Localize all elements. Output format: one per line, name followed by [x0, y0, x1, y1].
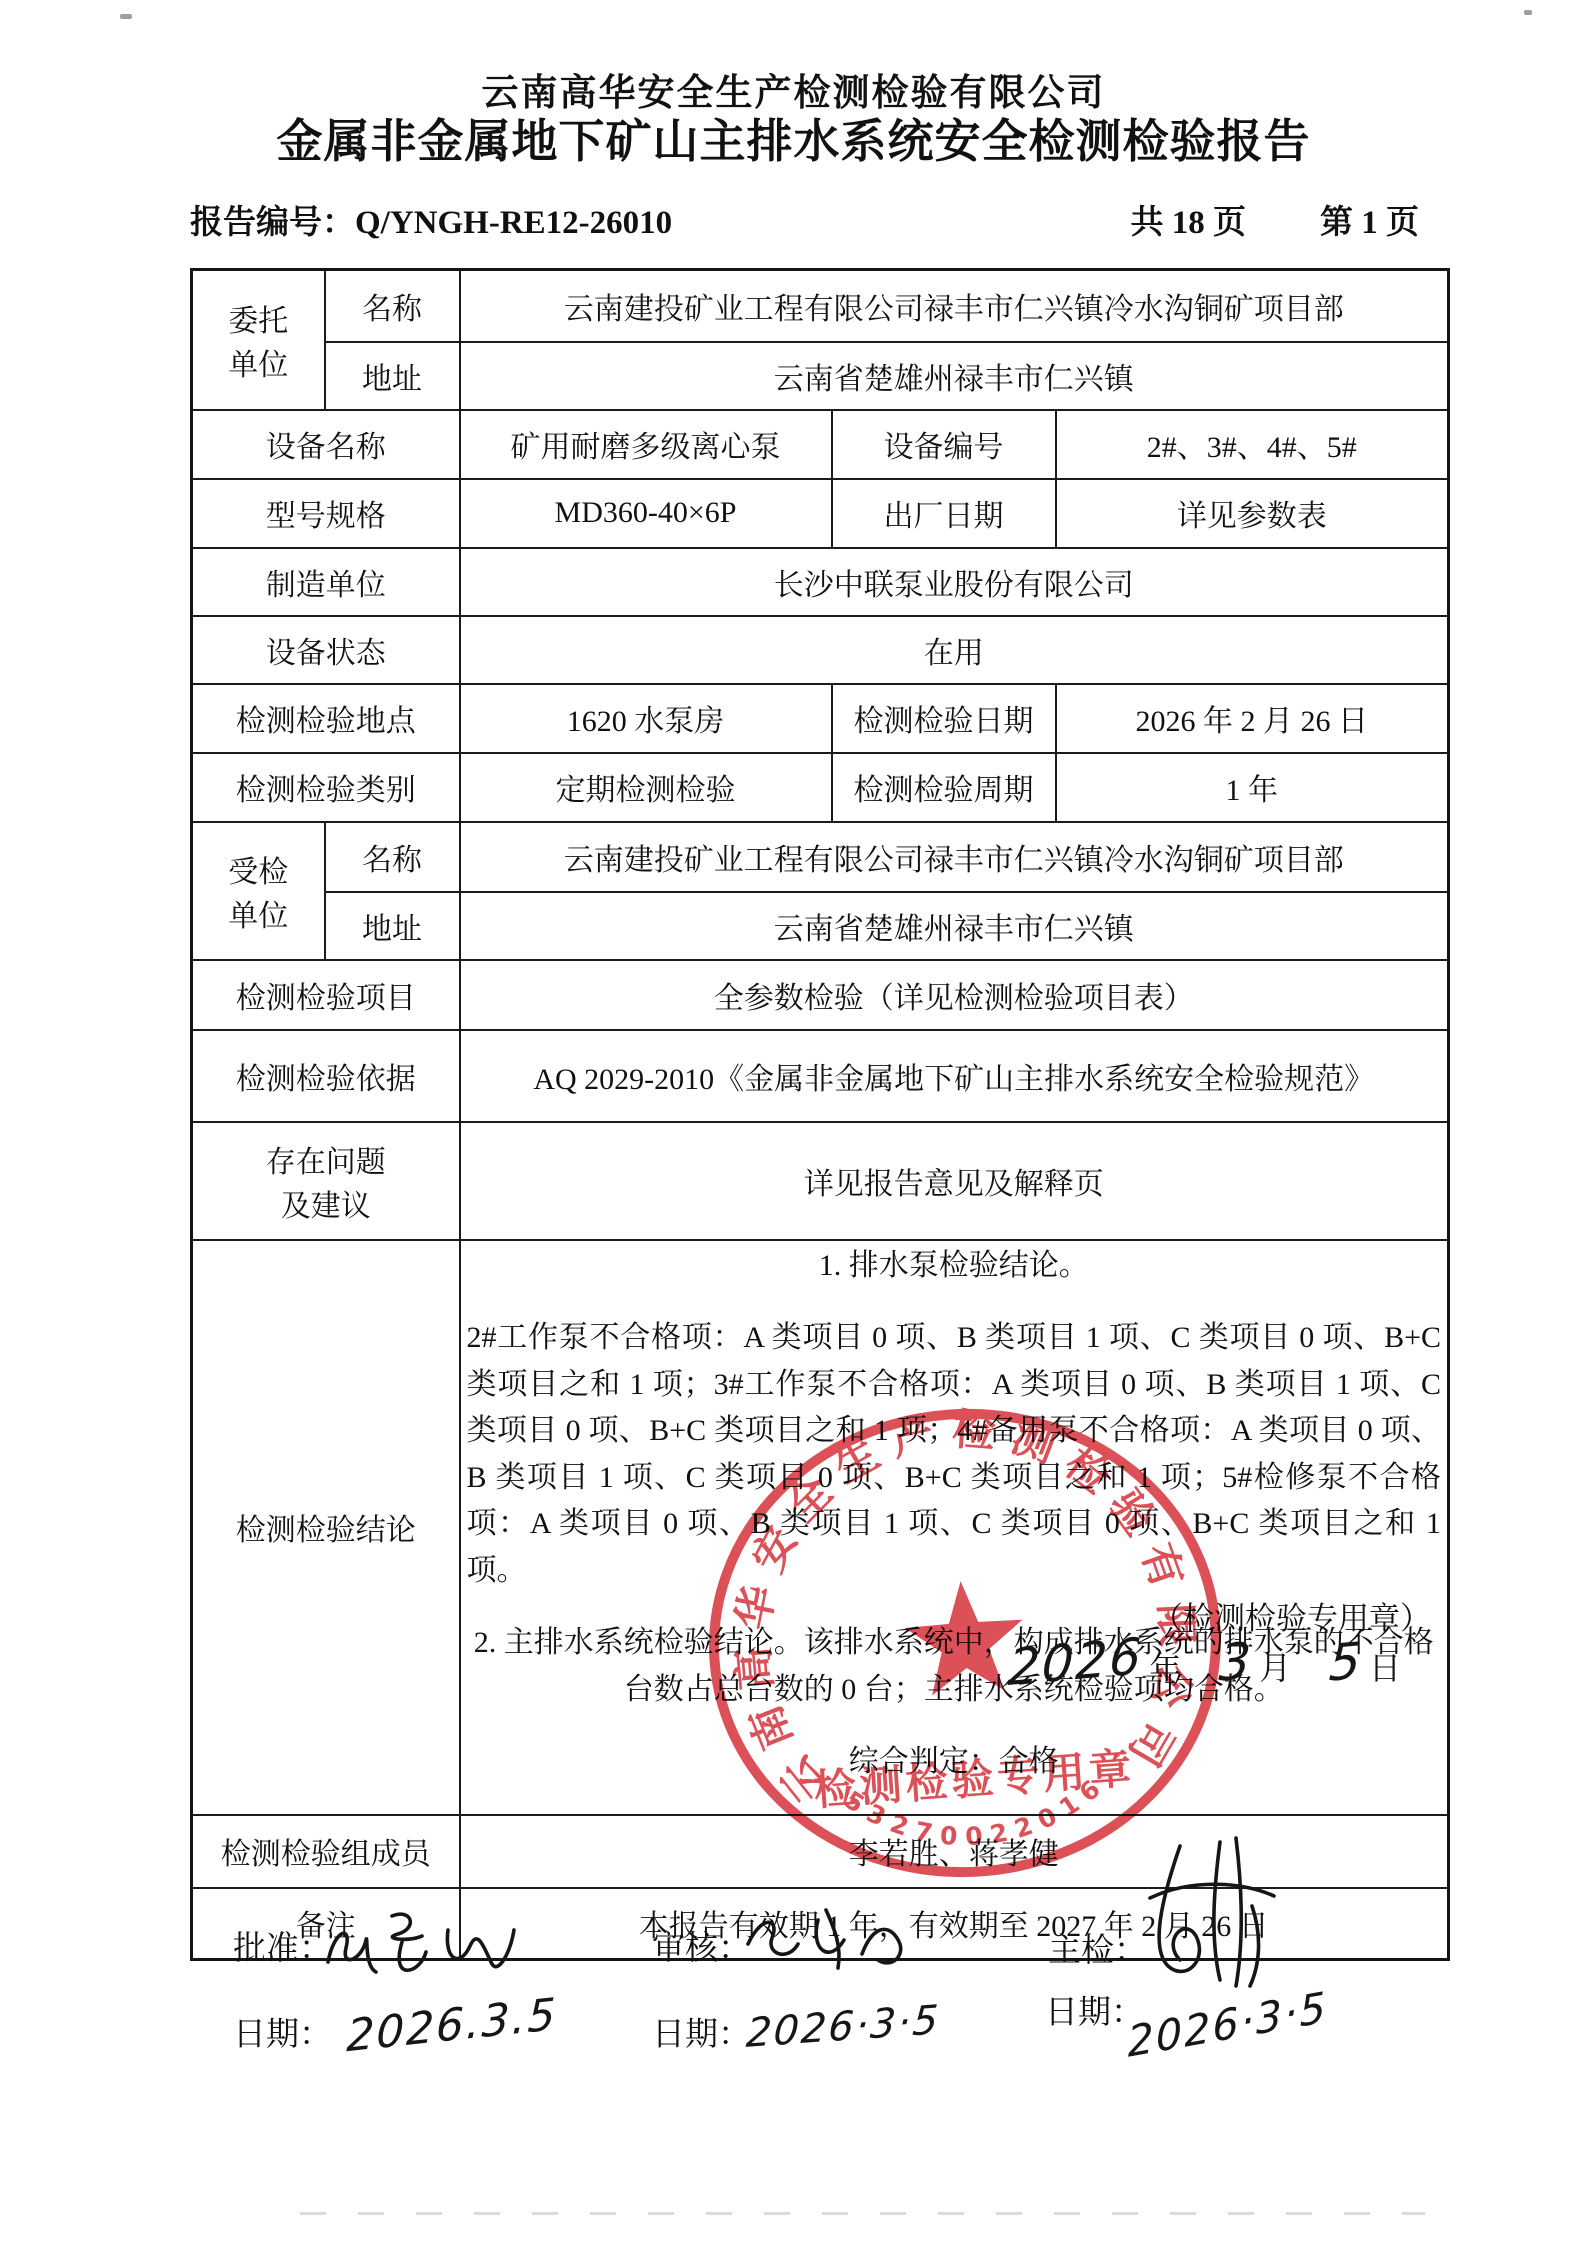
table-row: 设备名称 矿用耐磨多级离心泵 设备编号 2#、3#、4#、5#	[192, 410, 1449, 479]
approve-date-label: 日期：	[233, 2008, 332, 2055]
manufacturer-value: 长沙中联泵业股份有限公司	[460, 548, 1449, 616]
inspected-label-line2: 单位	[199, 891, 318, 935]
review-date: 2026·3·5	[745, 1997, 942, 2057]
inspected-name-value: 云南建投矿业工程有限公司禄丰市仁兴镇冷水沟铜矿项目部	[460, 822, 1449, 892]
table-row: 受检 单位 名称 云南建投矿业工程有限公司禄丰市仁兴镇冷水沟铜矿项目部	[192, 822, 1449, 892]
conclusion-cell: 1. 排水泵检验结论。 2#工作泵不合格项：A 类项目 0 项、B 类项目 1 …	[460, 1240, 1449, 1815]
scan-speck	[120, 14, 132, 19]
chief-signature-icon	[1122, 1836, 1297, 2001]
entrust-label-line1: 委托	[199, 296, 318, 340]
table-row: 检测检验结论 1. 排水泵检验结论。 2#工作泵不合格项：A 类项目 0 项、B…	[192, 1240, 1449, 1815]
entrust-group-label: 委托 单位	[192, 270, 325, 410]
conclusion-label: 检测检验结论	[192, 1240, 460, 1815]
report-page: 云南高华安全生产检测检验有限公司 金属非金属地下矿山主排水系统安全检测检验报告 …	[0, 0, 1587, 2244]
inspected-group-label: 受检 单位	[192, 822, 325, 960]
handwritten-month: 3	[1218, 1631, 1255, 1692]
handwritten-year: 2026	[1007, 1626, 1145, 1696]
problems-label: 存在问题 及建议	[192, 1122, 460, 1240]
problems-value: 详见报告意见及解释页	[460, 1122, 1449, 1240]
team-value: 李若胜、蒋孝健	[460, 1815, 1449, 1888]
basis-value: AQ 2029-2010《金属非金属地下矿山主排水系统安全检验规范》	[460, 1030, 1449, 1122]
test-date-value: 2026 年 2 月 26 日	[1056, 684, 1449, 753]
device-no-value: 2#、3#、4#、5#	[1056, 410, 1449, 479]
table-row: 地址 云南省楚雄州禄丰市仁兴镇	[192, 892, 1449, 960]
seal-note: （检测检验专用章）	[1152, 1593, 1431, 1638]
table-row: 委托 单位 名称 云南建投矿业工程有限公司禄丰市仁兴镇冷水沟铜矿项目部	[192, 270, 1449, 342]
category-value: 定期检测检验	[460, 753, 832, 822]
page-current: 第 1 页	[1320, 196, 1419, 243]
table-row: 存在问题 及建议 详见报告意见及解释页	[192, 1122, 1449, 1240]
model-value: MD360-40×6P	[460, 479, 832, 548]
device-name-value: 矿用耐磨多级离心泵	[460, 410, 832, 479]
entrust-address-label: 地址	[325, 342, 460, 410]
basis-label: 检测检验依据	[192, 1030, 460, 1122]
approve-signature-icon	[318, 1902, 528, 1997]
location-value: 1620 水泵房	[460, 684, 832, 753]
items-label: 检测检验项目	[192, 960, 460, 1030]
report-number-label: 报告编号：	[190, 205, 355, 241]
cycle-label: 检测检验周期	[832, 753, 1056, 822]
status-value: 在用	[460, 616, 1449, 684]
factory-date-value: 详见参数表	[1056, 479, 1449, 548]
pages-total: 共 18 页	[1131, 196, 1247, 243]
entrust-address-value: 云南省楚雄州禄丰市仁兴镇	[460, 342, 1449, 410]
review-label: 审核：	[652, 1922, 751, 1969]
table-row: 制造单位 长沙中联泵业股份有限公司	[192, 548, 1449, 616]
report-number-value: Q/YNGH-RE12-26010	[355, 205, 672, 241]
entrust-label-line2: 单位	[199, 340, 318, 384]
location-label: 检测检验地点	[192, 684, 460, 753]
day-char: 日	[1369, 1643, 1401, 1689]
category-label: 检测检验类别	[192, 753, 460, 822]
inspected-address-value: 云南省楚雄州禄丰市仁兴镇	[460, 892, 1449, 960]
year-char: 年	[1149, 1643, 1181, 1689]
inspected-label-line1: 受检	[199, 847, 318, 891]
device-no-label: 设备编号	[832, 410, 1056, 479]
factory-date-label: 出厂日期	[832, 479, 1056, 548]
entrust-name-label: 名称	[325, 270, 460, 342]
conclusion-date-line: 2026 年 3 月 5 日	[1008, 1633, 1401, 1691]
device-name-label: 设备名称	[192, 410, 460, 479]
table-row: 型号规格 MD360-40×6P 出厂日期 详见参数表	[192, 479, 1449, 548]
problems-label-line2: 及建议	[199, 1181, 453, 1225]
review-signature-icon	[738, 1902, 918, 1992]
entrust-name-value: 云南建投矿业工程有限公司禄丰市仁兴镇冷水沟铜矿项目部	[460, 270, 1449, 342]
model-label: 型号规格	[192, 479, 460, 548]
cycle-value: 1 年	[1056, 753, 1449, 822]
report-number: 报告编号：Q/YNGH-RE12-26010	[190, 196, 672, 243]
table-row: 检测检验类别 定期检测检验 检测检验周期 1 年	[192, 753, 1449, 822]
conclusion-p2: 2#工作泵不合格项：A 类项目 0 项、B 类项目 1 项、C 类项目 0 项、…	[467, 1315, 1442, 1594]
problems-label-line1: 存在问题	[199, 1137, 453, 1181]
table-row: 地址 云南省楚雄州禄丰市仁兴镇	[192, 342, 1449, 410]
test-date-label: 检测检验日期	[832, 684, 1056, 753]
inspected-address-label: 地址	[325, 892, 460, 960]
status-label: 设备状态	[192, 616, 460, 684]
handwritten-day: 5	[1328, 1631, 1365, 1692]
table-row: 检测检验项目 全参数检验（详见检测检验项目表）	[192, 960, 1449, 1030]
conclusion-p1: 1. 排水泵检验结论。	[467, 1243, 1442, 1290]
month-char: 月	[1259, 1643, 1291, 1689]
report-number-line: 报告编号：Q/YNGH-RE12-26010 共 18 页 第 1 页	[190, 196, 1447, 242]
review-date-label: 日期：	[652, 2008, 751, 2055]
approve-date: 2026.3.5	[346, 1989, 559, 2063]
report-title: 金属非金属地下矿山主排水系统安全检测检验报告	[0, 105, 1587, 171]
remark-value: 本报告有效期 1 年，有效期至 2027 年 2 月 26 日	[460, 1888, 1449, 1960]
report-table: 委托 单位 名称 云南建投矿业工程有限公司禄丰市仁兴镇冷水沟铜矿项目部 地址 云…	[190, 268, 1450, 1961]
page-info: 共 18 页 第 1 页	[1131, 196, 1448, 243]
inspected-name-label: 名称	[325, 822, 460, 892]
scan-artifact-line	[300, 2212, 1425, 2215]
manufacturer-label: 制造单位	[192, 548, 460, 616]
conclusion-verdict: 综合判定：合格	[467, 1739, 1442, 1786]
table-row: 设备状态 在用	[192, 616, 1449, 684]
table-row: 检测检验地点 1620 水泵房 检测检验日期 2026 年 2 月 26 日	[192, 684, 1449, 753]
items-value: 全参数检验（详见检测检验项目表）	[460, 960, 1449, 1030]
team-label: 检测检验组成员	[192, 1815, 460, 1888]
scan-speck	[1524, 10, 1532, 15]
table-row: 检测检验依据 AQ 2029-2010《金属非金属地下矿山主排水系统安全检验规范…	[192, 1030, 1449, 1122]
